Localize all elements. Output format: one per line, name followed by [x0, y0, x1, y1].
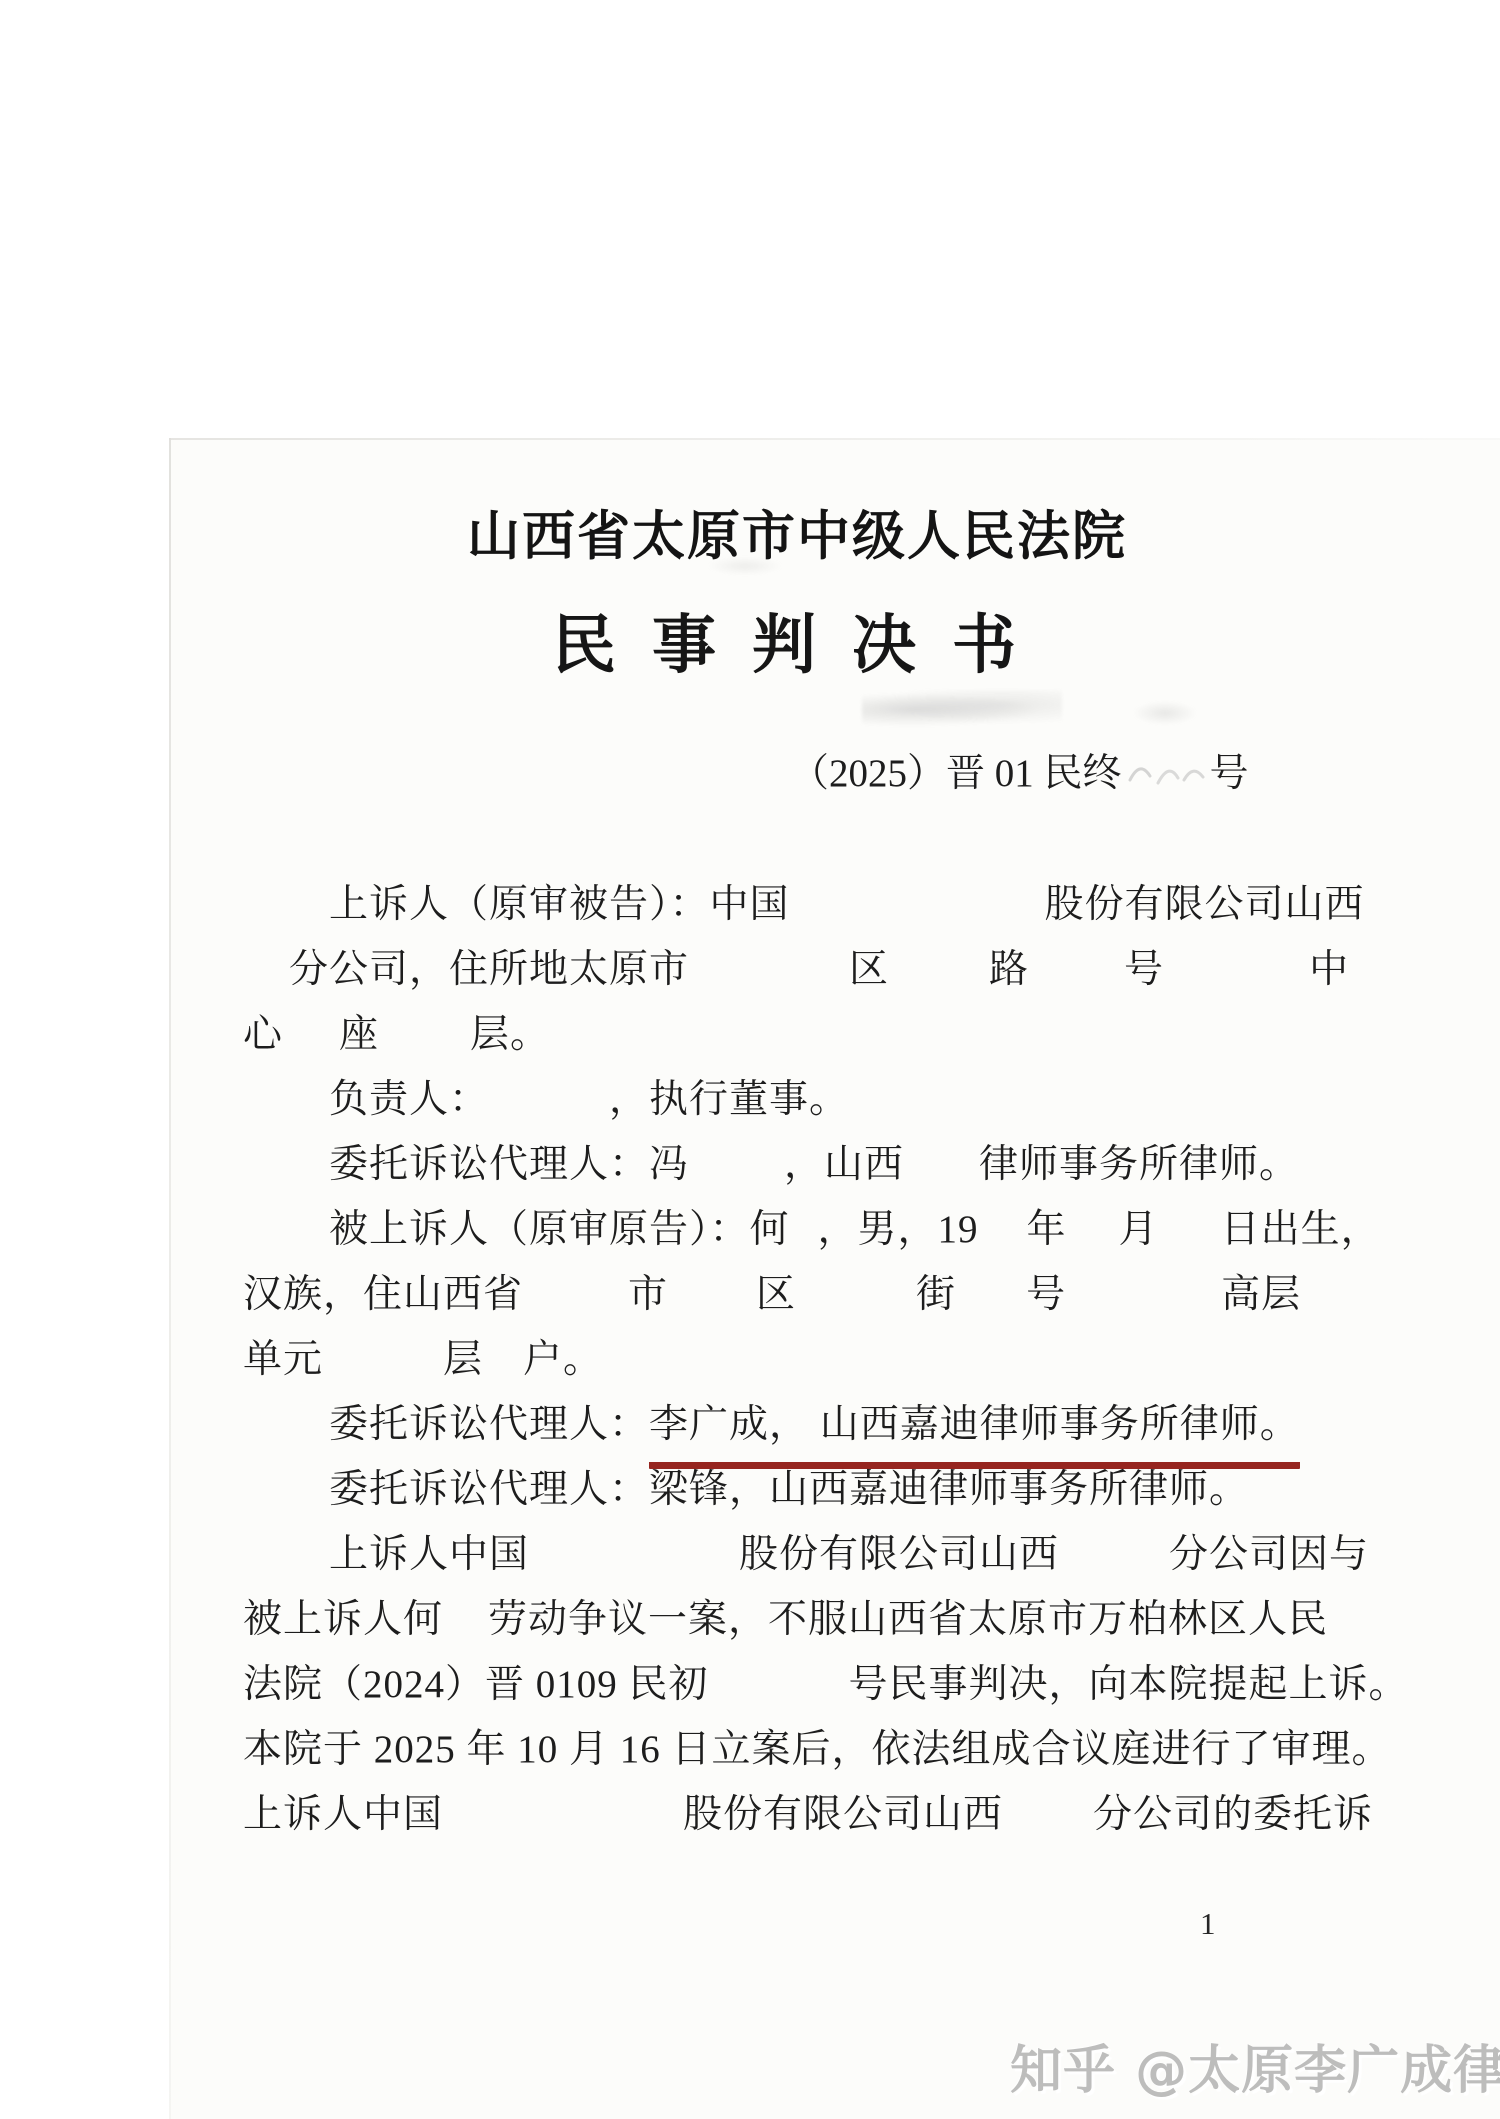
text-segment: 月: [1119, 1197, 1159, 1262]
text-segment: 市: [628, 1262, 668, 1327]
text-line: 上诉人中国股份有限公司山西分公司的委托诉: [243, 1782, 1383, 1847]
text-segment: 日出生，: [1221, 1197, 1381, 1262]
text-segment: 被上诉人何: [243, 1587, 443, 1652]
text-segment: 负责人：: [329, 1067, 489, 1132]
text-segment: 高层: [1221, 1262, 1301, 1327]
redaction-gap: [1066, 1306, 1221, 1307]
redaction-gap: [790, 1241, 818, 1242]
text-segment: 汉族，住山西省: [243, 1262, 523, 1327]
text-line: 单元层户。: [243, 1327, 1383, 1392]
text-segment: 层。: [470, 1002, 550, 1067]
text-line: 汉族，住山西省市区街号高层: [243, 1262, 1383, 1327]
redaction-gap: [668, 1306, 756, 1307]
text-segment: 上诉人（原审被告）：中国: [329, 872, 790, 937]
redacted-smudge-icon: [1122, 752, 1210, 792]
text-segment: 股份有限公司山西: [739, 1522, 1059, 1587]
text-segment: 股份有限公司山西: [1045, 872, 1365, 937]
redaction-gap: [979, 1241, 1027, 1242]
text-line: 上诉人（原审被告）：中国股份有限公司山西: [243, 872, 1383, 937]
text-segment: 劳动争议一案，不服山西省太原市万柏林区人民: [488, 1587, 1328, 1652]
text-line: 负责人：，执行董事。: [243, 1067, 1383, 1132]
text-segment: 中: [1309, 937, 1349, 1002]
text-line: 委托诉讼代理人：冯，山西律师事务所律师。: [243, 1132, 1383, 1197]
body-lines: 上诉人（原审被告）：中国股份有限公司山西分公司，住所地太原市区路号中心座层。负责…: [243, 872, 1383, 1847]
text-line: 委托诉讼代理人：李广成， 山西嘉迪律师事务所律师。: [243, 1392, 1383, 1457]
text-segment: 上诉人中国: [243, 1782, 443, 1847]
court-name-heading: 山西省太原市中级人民法院: [467, 494, 1127, 570]
redaction-gap: [1164, 981, 1309, 982]
text-segment: 分公司的委托诉: [1093, 1782, 1373, 1847]
redaction-gap: [1067, 1241, 1119, 1242]
scan-edge-horizontal: [169, 438, 1500, 440]
text-segment: 委托诉讼代理人：冯: [329, 1132, 689, 1197]
text-segment: ，执行董事。: [609, 1067, 849, 1132]
text-line: 被上诉人何劳动争议一案，不服山西省太原市万柏林区人民: [243, 1587, 1383, 1652]
text-segment: 号民事判决，向本院提起上诉。: [849, 1652, 1409, 1717]
case-number-suffix: 号: [1210, 742, 1249, 798]
redaction-gap: [283, 1046, 339, 1047]
redaction-gap: [790, 916, 1045, 917]
redaction-gap: [1059, 1566, 1169, 1567]
text-segment: 股份有限公司山西: [683, 1782, 1003, 1847]
text-line: 上诉人中国股份有限公司山西分公司因与: [243, 1522, 1383, 1587]
text-line: 本院于 2025 年 10 月 16 日立案后，依法组成合议庭进行了审理。: [243, 1717, 1383, 1782]
text-segment: 单元: [243, 1327, 323, 1392]
text-segment: 法院（2024）晋 0109 民初: [243, 1652, 709, 1717]
text-line: 委托诉讼代理人：梁锋，山西嘉迪律师事务所律师。: [243, 1457, 1383, 1522]
redaction-gap: [709, 1696, 849, 1697]
redaction-gap: [689, 1176, 784, 1177]
text-segment: 心: [243, 1002, 283, 1067]
redaction-gap: [1029, 981, 1124, 982]
text-line: 法院（2024）晋 0109 民初号民事判决，向本院提起上诉。: [243, 1652, 1383, 1717]
text-segment: 号: [1124, 937, 1164, 1002]
page-number: 1: [1200, 1906, 1216, 1942]
redaction-gap: [956, 1306, 1026, 1307]
redaction-gap: [1159, 1241, 1221, 1242]
redaction-gap: [379, 1046, 470, 1047]
text-segment: 上诉人中国: [329, 1522, 529, 1587]
document-title: 民事判决书: [552, 594, 1052, 686]
text-segment: 分公司因与: [1169, 1522, 1369, 1587]
judgment-document-page: 山西省太原市中级人民法院 民事判决书 （2025）晋 01 民终 号 上诉人（原…: [0, 0, 1500, 2119]
text-segment: 座: [339, 1002, 379, 1067]
redaction-gap: [796, 1306, 916, 1307]
text-segment: 被上诉人（原审原告）：何: [329, 1197, 790, 1262]
redaction-gap: [1003, 1826, 1093, 1827]
text-segment: 年: [1027, 1197, 1067, 1262]
text-segment: 区: [756, 1262, 796, 1327]
text-segment: 街: [916, 1262, 956, 1327]
text-segment: ，男，19: [818, 1197, 979, 1262]
case-number-prefix: （2025）晋 01 民终: [790, 742, 1122, 798]
scan-edge-vertical: [169, 438, 171, 2119]
redaction-gap: [443, 1631, 488, 1632]
text-segment: 委托诉讼代理人：梁锋，山西嘉迪律师事务所律师。: [329, 1457, 1249, 1522]
text-line: 心座层。: [243, 1002, 1383, 1067]
redaction-gap: [483, 1371, 523, 1372]
text-segment: 分公司，住所地太原市: [289, 937, 689, 1002]
text-segment: 户。: [523, 1327, 603, 1392]
text-segment: 层: [443, 1327, 483, 1392]
text-segment: 律师事务所律师。: [979, 1132, 1299, 1197]
redaction-gap: [489, 1111, 609, 1112]
redaction-gap: [323, 1371, 443, 1372]
watermark-text: 知乎 @太原李广成律师: [1010, 2028, 1500, 2103]
text-segment: ，山西: [784, 1132, 904, 1197]
text-segment: 本院于 2025 年 10 月 16 日立案后，依法组成合议庭进行了审理。: [243, 1717, 1392, 1782]
case-number: （2025）晋 01 民终 号: [790, 742, 1249, 798]
text-line: 被上诉人（原审原告）：何，男，19年月日出生，: [243, 1197, 1383, 1262]
text-segment: 委托诉讼代理人：: [329, 1392, 649, 1457]
redaction-gap: [443, 1826, 683, 1827]
redaction-gap: [889, 981, 989, 982]
redaction-gap: [529, 1566, 739, 1567]
text-segment: 区: [849, 937, 889, 1002]
redaction-gap: [689, 981, 849, 982]
text-segment: 路: [989, 937, 1029, 1002]
redaction-gap: [904, 1176, 979, 1177]
redaction-gap: [523, 1306, 628, 1307]
text-line: 分公司，住所地太原市区路号中: [243, 937, 1383, 1002]
text-segment: 号: [1026, 1262, 1066, 1327]
